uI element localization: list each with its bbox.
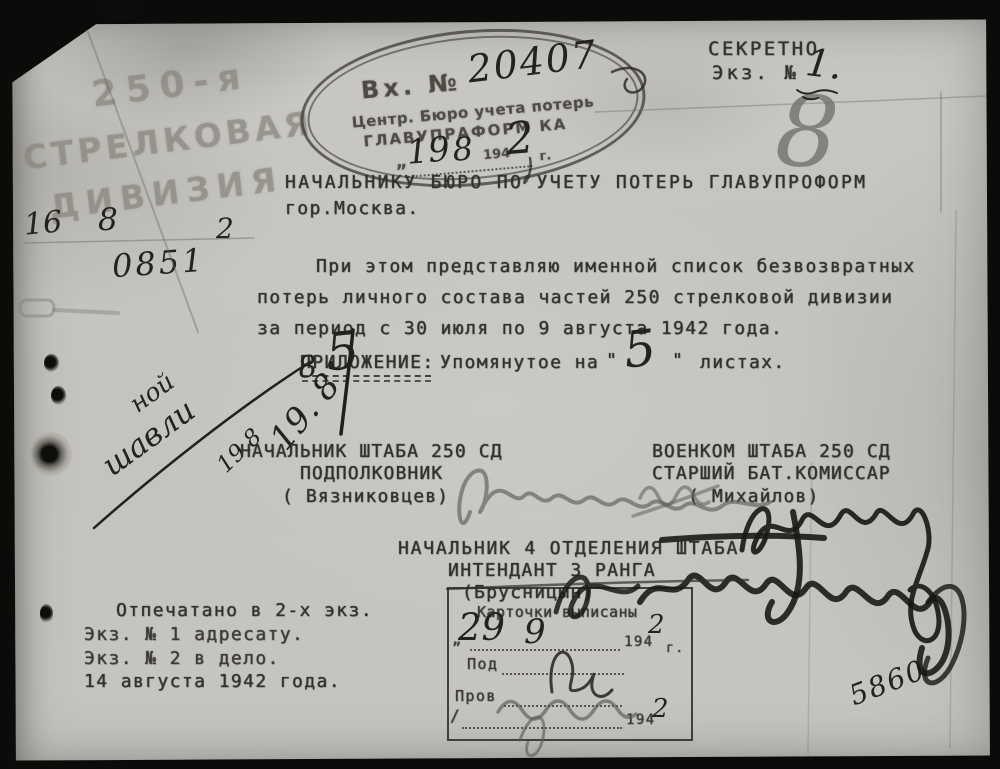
recipient-line-2: гор.Москва.	[285, 198, 420, 219]
typing-note-line-2: Экз. № 1 адресату.	[84, 624, 304, 645]
punch-hole	[51, 386, 66, 405]
typing-note-line-3: Экз. № 2 в дело.	[84, 648, 280, 669]
typing-note-line-1: Отпечатано в 2-х экз.	[116, 600, 373, 621]
card-slash: /	[450, 706, 461, 725]
card-checked-label: Пров	[455, 687, 497, 705]
attachment-quote-close: "	[672, 350, 684, 371]
signature-left-line-3: ( Вязниковцев)	[282, 486, 449, 507]
signature-right-line-3: ( Михайлов)	[688, 486, 819, 507]
card-year-digit-hand: 2	[648, 610, 665, 640]
secret-stamp-label: СЕКРЕТНО	[708, 38, 820, 60]
card-checked-dotted-line	[504, 704, 622, 707]
card-day-hand: 29	[458, 606, 505, 649]
edge-ink-blob	[102, 0, 144, 20]
photo-frame: 250-я СТРЕЛКОВАЯ ДИВИЗИЯ СЕКРЕТНО Экз. №…	[0, 0, 1000, 769]
card-dotted-line	[470, 648, 620, 651]
card-bottom-dotted-line	[462, 726, 622, 729]
signature-center-line-1: НАЧАЛЬНИК 4 ОТДЕЛЕНИЯ ШТАБА	[398, 538, 739, 559]
signature-right-line-2: СТАРШИЙ БАТ.КОМИССАР	[652, 463, 891, 484]
attachment-suffix: листах.	[700, 352, 786, 373]
card-month-hand: 9	[524, 612, 546, 652]
stamp-month-hand: 8	[451, 129, 475, 169]
registry-number-4: 0851	[111, 241, 207, 285]
signature-left-line-2: ПОДПОЛКОВНИК	[300, 463, 443, 484]
stamp-day-hand: 19	[405, 129, 452, 173]
body-line-2: потерь личного состава частей 250 стрелк…	[257, 287, 893, 308]
recipient-line-1: НАЧАЛЬНИКУ БЮРО ПО УЧЕТУ ПОТЕРЬ ГЛАВУПРО…	[285, 172, 867, 193]
signature-left-line-1: НАЧАЛЬНИК ШТАБА 250 СД	[240, 441, 503, 462]
card-bottom-year-digit-hand: 2	[652, 694, 669, 724]
attachment-quote-open: "	[606, 350, 618, 371]
attachment-sheets-hand: 5	[621, 318, 659, 379]
registry-number-3: 2	[216, 212, 234, 245]
card-year-suffix: г.	[666, 641, 684, 656]
stamp-org-line-2: ГЛАВУПРАФОРМ КА	[363, 115, 568, 151]
overlay-five-hand: 5	[323, 320, 362, 383]
signature-right-line-1: ВОЕНКОМ ШТАБА 250 СД	[652, 441, 891, 462]
stamp-year-suffix: г.	[539, 148, 552, 164]
stamp-year-printed: 194	[483, 146, 511, 163]
typing-note-line-4: 14 августа 1942 года.	[84, 671, 341, 692]
registry-number-2: 8	[98, 202, 118, 238]
stamp-number-hand: 20407	[465, 32, 600, 92]
signature-center-line-2: ИНТЕНДАНТ 3 РАНГА	[448, 560, 656, 581]
punch-hole	[44, 354, 59, 372]
stamp-date-quote: „	[395, 151, 409, 173]
punch-hole	[30, 432, 72, 476]
punch-hole	[40, 604, 53, 623]
body-line-1: При этом представляю именной список безв…	[316, 256, 916, 277]
card-signed-dotted-line	[502, 672, 624, 675]
stamp-org-line-1: Центр. Бюро учета потерь	[351, 92, 595, 131]
card-signed-label: Под	[467, 655, 498, 673]
stamp-year-digit-hand: 2	[504, 112, 536, 165]
stamp-inbox-label: Вх. №	[360, 68, 462, 105]
registry-number-1: 16	[23, 204, 64, 242]
attachment-text: Упомянутое на	[440, 352, 599, 373]
